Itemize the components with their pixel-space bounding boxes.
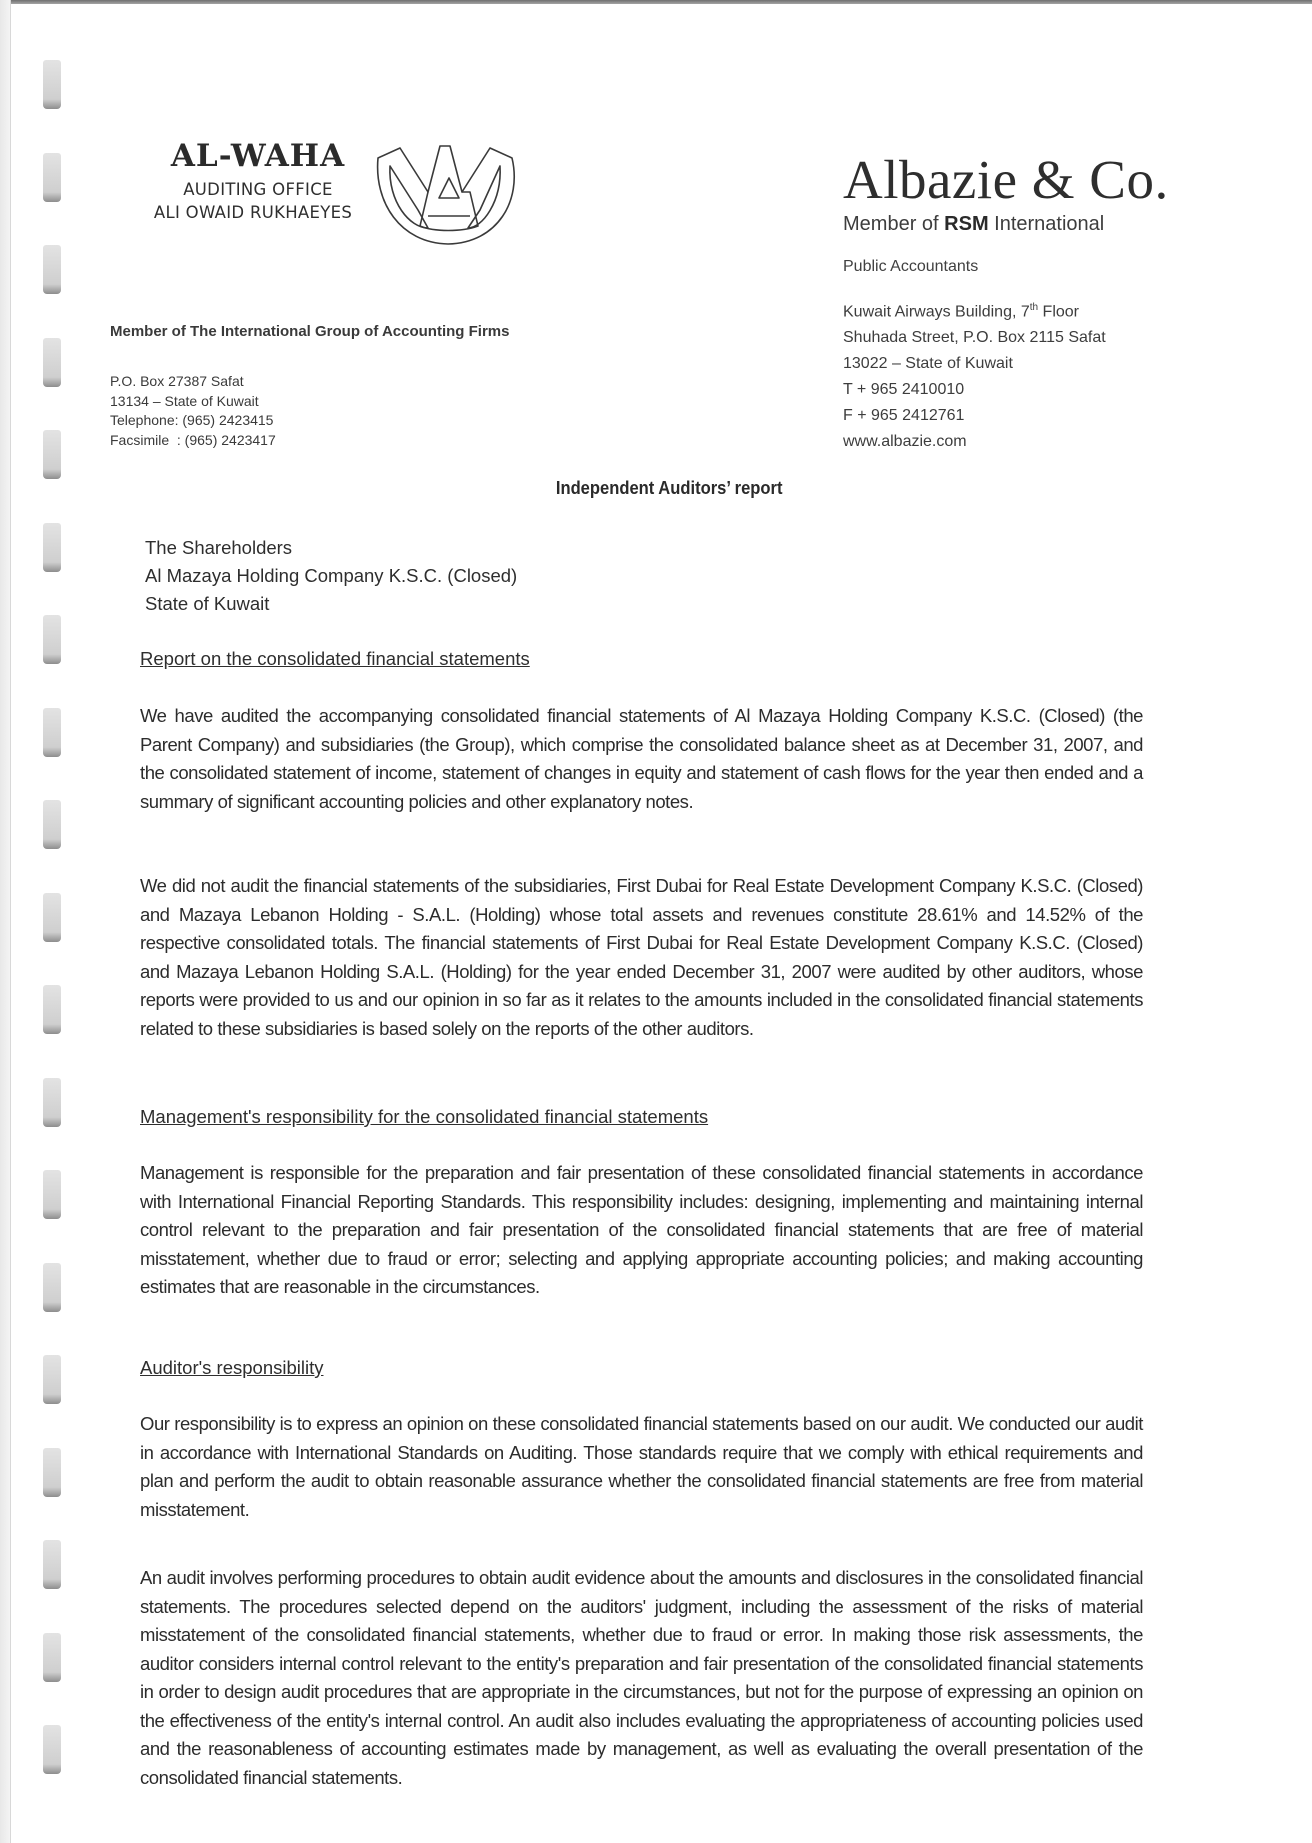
albazie-firm-type: Public Accountants [843,258,978,276]
addressee-block: The Shareholders Al Mazaya Holding Compa… [145,534,517,618]
binder-hole [43,1448,61,1497]
binder-hole [43,708,61,757]
alwaha-letterhead: AL-WAHA AUDITING OFFICE ALI OWAID RUKHAE… [138,138,378,222]
alwaha-membership: Member of The International Group of Acc… [110,323,509,340]
binder-hole [43,1355,61,1404]
albazie-address: Kuwait Airways Building, 7th Floor Shuha… [843,295,1106,455]
alwaha-logo-icon [370,140,530,260]
binder-hole [43,60,61,109]
alwaha-address-line: 13134 – State of Kuwait [110,392,276,412]
paragraph: Management is responsible for the prepar… [140,1159,1143,1302]
alwaha-address: P.O. Box 27387 Safat 13134 – State of Ku… [110,372,276,450]
albazie-address-line: Kuwait Airways Building, 7th Floor [843,295,1106,325]
report-title-text: Independent Auditors’ report [556,478,783,499]
albazie-telephone: T + 965 2410010 [843,377,1106,403]
addressee-line: The Shareholders [145,534,517,562]
rsm-brand: RSM [944,213,988,235]
binder-hole [43,430,61,479]
binder-hole [43,1170,61,1219]
binder-holes [0,0,80,1843]
binder-hole [43,1725,61,1774]
paragraph: An audit involves performing procedures … [140,1564,1143,1792]
albazie-address-line: 13022 – State of Kuwait [843,351,1106,377]
paragraph: Our responsibility is to express an opin… [140,1410,1143,1524]
binder-hole [43,523,61,572]
section-heading-management: Management's responsibility for the cons… [140,1106,708,1128]
address-superscript: th [1030,302,1038,313]
alwaha-telephone: Telephone: (965) 2423415 [110,411,276,431]
binder-hole [43,245,61,294]
binder-hole [43,1263,61,1312]
albazie-membership: Member of RSM International [843,213,1104,236]
alwaha-firm-subtitle: AUDITING OFFICE [138,180,378,199]
section-heading-report: Report on the consolidated financial sta… [140,648,530,670]
report-title: Independent Auditors’ report [0,478,1312,499]
albazie-firm-name: Albazie & Co. [843,148,1169,211]
address-text: Floor [1038,303,1079,320]
binder-hole [43,615,61,664]
paragraph: We did not audit the financial statement… [140,872,1143,1043]
binder-hole [43,1540,61,1589]
section-heading-auditor: Auditor's responsibility [140,1357,323,1379]
alwaha-address-line: P.O. Box 27387 Safat [110,372,276,392]
binder-hole [43,985,61,1034]
membership-prefix: Member of [843,213,944,235]
binder-hole [43,893,61,942]
alwaha-firm-name: AL-WAHA [138,138,378,174]
membership-suffix: International [989,213,1105,235]
address-text: Kuwait Airways Building, 7 [843,303,1030,320]
albazie-address-line: Shuhada Street, P.O. Box 2115 Safat [843,325,1106,351]
page-top-edge [0,0,1312,4]
binder-hole [43,1633,61,1682]
addressee-line: Al Mazaya Holding Company K.S.C. (Closed… [145,562,517,590]
binder-hole [43,1078,61,1127]
binder-hole [43,338,61,387]
binder-hole [43,153,61,202]
addressee-line: State of Kuwait [145,590,517,618]
paragraph: We have audited the accompanying consoli… [140,702,1143,816]
binder-hole [43,800,61,849]
albazie-website: www.albazie.com [843,429,1106,455]
alwaha-firm-partner: ALI OWAID RUKHAEYES [133,203,373,222]
albazie-fax: F + 965 2412761 [843,403,1106,429]
alwaha-facsimile: Facsimile : (965) 2423417 [110,431,276,451]
